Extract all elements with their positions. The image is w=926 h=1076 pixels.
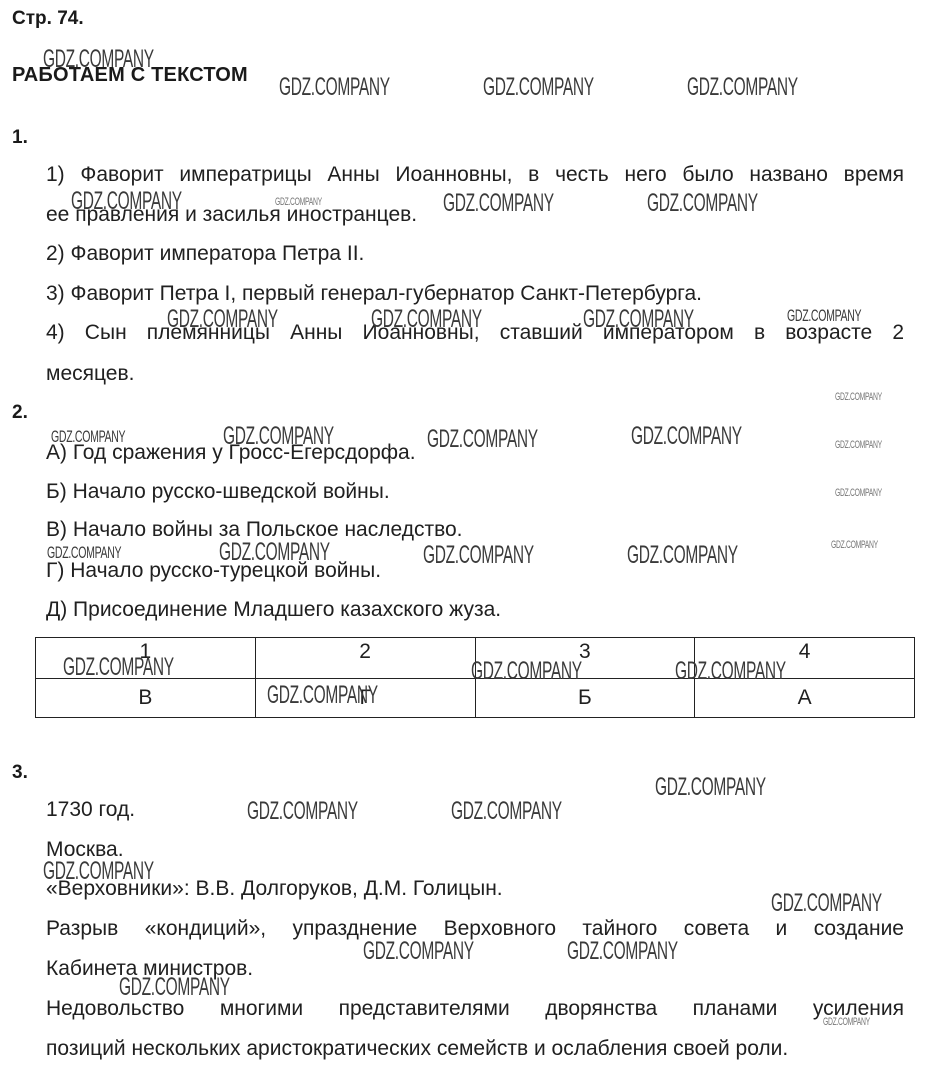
task-2-item-d: Д) Присоединение Младшего казахского жуз… bbox=[46, 598, 501, 622]
watermark: GDZ.COMPANY bbox=[451, 797, 562, 826]
watermark: GDZ.COMPANY bbox=[427, 425, 538, 454]
answer-table-header: 1 bbox=[36, 638, 256, 679]
watermark: GDZ.COMPANY bbox=[627, 541, 738, 570]
task-1-item-4-cont: месяцев. bbox=[46, 362, 134, 386]
watermark: GDZ.COMPANY bbox=[247, 797, 358, 826]
watermark: GDZ.COMPANY bbox=[423, 541, 534, 570]
section-heading: РАБОТАЕМ С ТЕКСТОМ bbox=[12, 64, 248, 87]
answer-table: 1 2 3 4 В Г Б А bbox=[35, 637, 915, 718]
watermark: GDZ.COMPANY bbox=[443, 189, 554, 218]
watermark: GDZ.COMPANY bbox=[687, 73, 798, 102]
task-2-item-v: В) Начало войны за Польское наследство. bbox=[46, 518, 463, 542]
page-number: Стр. 74. bbox=[12, 8, 84, 30]
task-3-participants: «Верховники»: В.В. Долгоруков, Д.М. Голи… bbox=[46, 877, 503, 901]
task-2-item-g: Г) Начало русско-турецкой войны. bbox=[46, 559, 381, 583]
watermark: GDZ.COMPANY bbox=[483, 73, 594, 102]
answer-table-header: 4 bbox=[695, 638, 915, 679]
task-1-item-4: 4) Сын племянницы Анны Иоанновны, ставши… bbox=[46, 321, 904, 345]
task-1-item-3: 3) Фаворит Петра I, первый генерал-губер… bbox=[46, 282, 702, 306]
watermark: GDZ.COMPANY bbox=[831, 539, 878, 551]
task-3-reason-cont: позиций нескольких аристократических сем… bbox=[46, 1037, 788, 1061]
answer-table-cell: В bbox=[36, 679, 256, 718]
watermark: GDZ.COMPANY bbox=[567, 937, 678, 966]
watermark: GDZ.COMPANY bbox=[835, 391, 882, 403]
task-3-outcome: Разрыв «кондиций», упразднение Верховног… bbox=[46, 917, 904, 941]
watermark: GDZ.COMPANY bbox=[771, 889, 882, 918]
task-3-reason: Недовольство многими представителями дво… bbox=[46, 997, 904, 1021]
answer-table-cell: Г bbox=[255, 679, 475, 718]
task-1-item-1: 1) Фаворит императрицы Анны Иоанновны, в… bbox=[46, 163, 904, 187]
answer-table-header-row: 1 2 3 4 bbox=[36, 638, 915, 679]
task-3-outcome-cont: Кабинета министров. bbox=[46, 957, 253, 981]
watermark: GDZ.COMPANY bbox=[835, 487, 882, 499]
task-2-item-a: А) Год сражения у Гросс-Егерсдорфа. bbox=[46, 441, 416, 465]
task-3-number: 3. bbox=[12, 762, 28, 784]
watermark: GDZ.COMPANY bbox=[279, 73, 390, 102]
watermark: GDZ.COMPANY bbox=[835, 439, 882, 451]
watermark: GDZ.COMPANY bbox=[647, 189, 758, 218]
task-1-number: 1. bbox=[12, 127, 28, 149]
task-3-place: Москва. bbox=[46, 838, 124, 862]
task-1-item-1-cont: ее правления и засилья иностранцев. bbox=[46, 203, 417, 227]
task-1-item-2: 2) Фаворит императора Петра II. bbox=[46, 242, 364, 266]
task-2-item-b: Б) Начало русско-шведской войны. bbox=[46, 480, 390, 504]
task-3-year: 1730 год. bbox=[46, 798, 135, 822]
answer-table-header: 2 bbox=[255, 638, 475, 679]
answer-table-cell: Б bbox=[475, 679, 695, 718]
answer-table-header: 3 bbox=[475, 638, 695, 679]
watermark: GDZ.COMPANY bbox=[631, 422, 742, 451]
watermark: GDZ.COMPANY bbox=[655, 773, 766, 802]
watermark: GDZ.COMPANY bbox=[363, 937, 474, 966]
answer-table-cell: А bbox=[695, 679, 915, 718]
task-2-number: 2. bbox=[12, 402, 28, 424]
answer-table-row: В Г Б А bbox=[36, 679, 915, 718]
